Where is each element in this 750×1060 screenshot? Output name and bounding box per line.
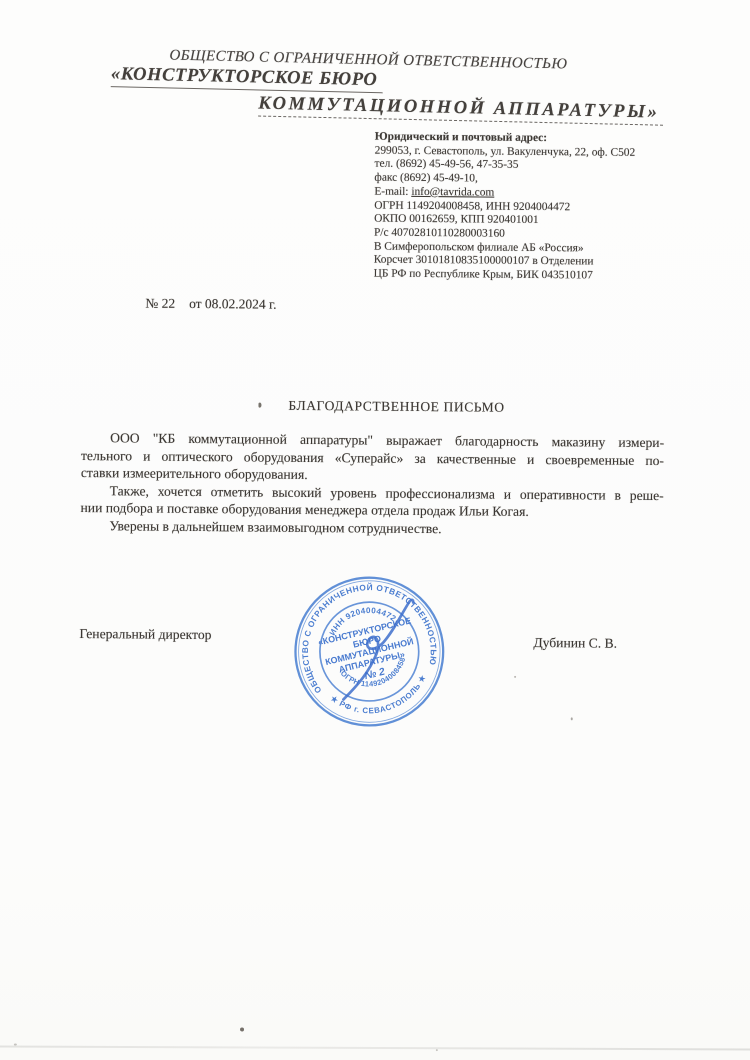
scanned-letter-page: ОБЩЕСТВО С ОГРАНИЧЕННОЙ ОТВЕТСТВЕННОСТЬЮ… bbox=[0, 0, 750, 1060]
reference-number: № 22 bbox=[145, 296, 175, 311]
scan-speck bbox=[436, 1049, 438, 1051]
scan-speck bbox=[571, 717, 573, 720]
body-line: Уверены в дальнейшем взаимовыгодном сотр… bbox=[80, 517, 663, 540]
signatory-position: Генеральный директор bbox=[79, 626, 211, 643]
requisites-block: Юридический и почтовый адрес: 299053, г.… bbox=[374, 131, 695, 285]
reference-line: № 22от 08.02.2024 г. bbox=[145, 296, 276, 313]
scan-speck bbox=[240, 1027, 244, 1031]
letter-title: БЛАГОДАРСТВЕННОЕ ПИСЬМО bbox=[288, 398, 504, 416]
letter-body: ООО "КБ коммутационной аппаратуры" выраж… bbox=[80, 429, 664, 540]
company-name-line-1: «КОНСТРУКТОРСКОЕ БЮРО bbox=[111, 64, 384, 93]
scan-speck bbox=[258, 403, 261, 408]
signatory-name: Дубинин С. В. bbox=[533, 635, 617, 652]
email-label: E-mail: bbox=[374, 185, 411, 197]
bank-line-3: ЦБ РФ по Республике Крым, БИК 043510107 bbox=[374, 268, 694, 284]
company-stamp: ОБЩЕСТВО С ОГРАНИЧЕННОЙ ОТВЕТСТВЕННОСТЬЮ… bbox=[273, 557, 465, 746]
scan-speck bbox=[514, 676, 516, 678]
reference-date: от 08.02.2024 г. bbox=[189, 296, 277, 312]
company-name-line-2: КОММУТАЦИОННОЙ АППАРАТУРЫ» bbox=[258, 94, 664, 126]
email-link[interactable]: info@tavrida.com bbox=[411, 186, 494, 199]
letterhead: ОБЩЕСТВО С ОГРАНИЧЕННОЙ ОТВЕТСТВЕННОСТЬЮ… bbox=[1, 0, 750, 15]
